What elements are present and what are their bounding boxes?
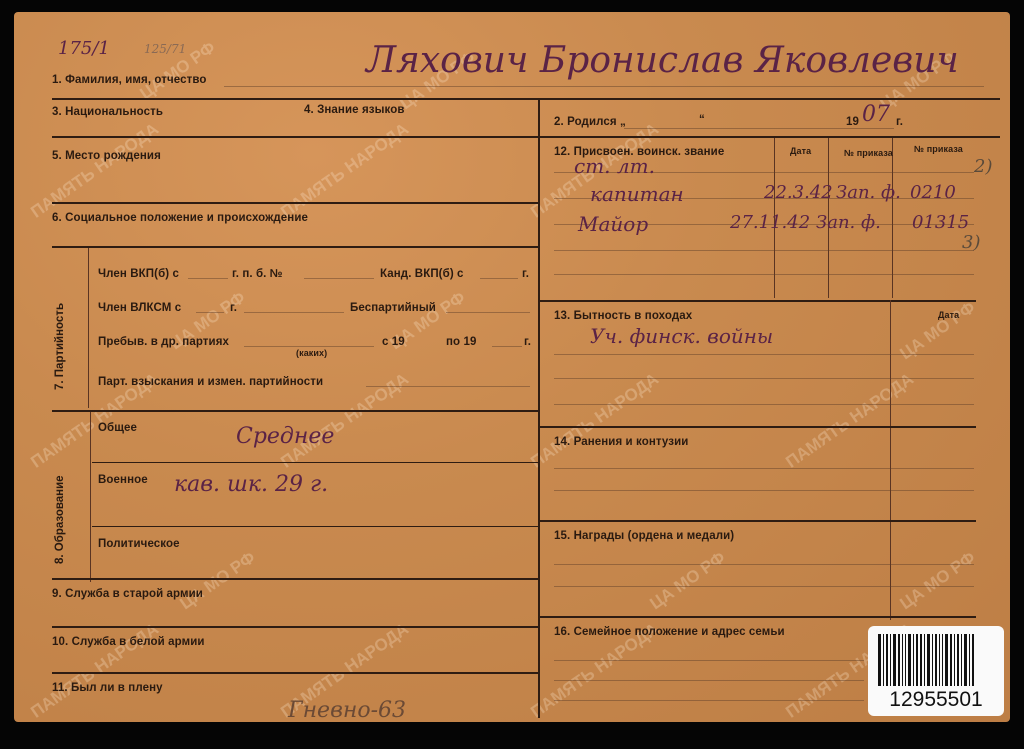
watermark: ЦА МО РФ <box>897 549 978 613</box>
party-row1-d: г. <box>522 268 529 280</box>
education-political-label: Политическое <box>98 538 180 550</box>
dotted-line <box>446 312 530 313</box>
rule <box>554 404 974 405</box>
field-born-label: 2. Родился „ <box>554 116 626 128</box>
divider <box>92 526 538 527</box>
rule <box>554 700 864 701</box>
education-section-label: 8. Образование <box>54 475 66 564</box>
corner-mark: 125/71 <box>144 42 186 56</box>
party-section-label: 7. Партийность <box>54 303 66 390</box>
field-family-label: 16. Семейное положение и адрес семьи <box>554 626 785 638</box>
dotted-line <box>304 278 374 279</box>
watermark: ЦА МО РФ <box>647 549 728 613</box>
field-birthplace-label: 5. Место рождения <box>52 150 161 162</box>
field-white-army-label: 10. Служба в белой армии <box>52 636 205 648</box>
watermark: ЦА МО РФ <box>897 299 978 363</box>
party-row2-a: Член ВЛКСМ с <box>98 302 181 314</box>
col-date-header: Дата <box>790 146 811 156</box>
dotted-line <box>480 278 518 279</box>
field-social-label: 6. Социальное положение и происхождение <box>52 212 308 224</box>
watermark: ПАМЯТЬ НАРОДА <box>528 370 662 471</box>
dotted-line <box>366 386 530 387</box>
rule <box>554 250 974 251</box>
divider <box>52 672 538 674</box>
rule <box>554 660 864 661</box>
col-divider <box>890 300 891 620</box>
barcode-icon <box>878 634 994 686</box>
campaigns-date-header: Дата <box>938 310 959 320</box>
party-row2-b: г. <box>230 302 237 314</box>
party-row4-a: Парт. взыскания и измен. партийности <box>98 376 323 388</box>
divider <box>52 626 538 628</box>
field-name-label: 1. Фамилия, имя, отчество <box>52 74 207 86</box>
rule <box>554 680 864 681</box>
rule <box>554 586 974 587</box>
watermark: ЦА МО РФ <box>177 549 258 613</box>
rule <box>554 274 974 275</box>
field-campaigns-label: 13. Бытность в походах <box>554 310 692 322</box>
born-day-quote: “ <box>699 114 705 126</box>
divider <box>52 202 538 204</box>
col-order-header: № приказа <box>844 148 893 158</box>
education-military-value: кав. шк. 29 г. <box>174 472 328 497</box>
section-divider <box>88 248 89 408</box>
dotted-line <box>244 346 374 347</box>
field-wounds-label: 14. Ранения и контузии <box>554 436 688 448</box>
party-row3-a: Пребыв. в др. партиях <box>98 336 229 348</box>
rank-row-2-date: 22.3.42 <box>764 182 833 203</box>
divider <box>540 426 976 428</box>
divider <box>540 520 976 522</box>
rule <box>554 490 974 491</box>
col-order-no-header: № приказа <box>914 144 963 154</box>
field-awards-label: 15. Награды (ордена и медали) <box>554 530 734 542</box>
party-row3-d: г. <box>524 336 531 348</box>
divider <box>52 246 538 248</box>
party-row1-a: Член ВКП(б) с <box>98 268 179 280</box>
dotted-line <box>224 86 984 87</box>
rank-row-3-order-no: 01315 <box>912 212 969 233</box>
dotted-line <box>492 346 522 347</box>
rule <box>554 564 974 565</box>
field-nationality-label: 3. Национальность <box>52 106 163 118</box>
born-year-prefix: 19 <box>846 116 859 128</box>
section-divider <box>90 412 91 582</box>
education-general-value: Среднее <box>236 424 334 449</box>
rank-row-2-order: Зап. ф. <box>836 182 901 203</box>
divider <box>92 462 538 463</box>
rank-row-1: ст. лт. <box>574 154 655 178</box>
party-row3-b: с 19 <box>382 336 405 348</box>
born-year-value: 07 <box>862 102 890 127</box>
field-old-army-label: 9. Служба в старой армии <box>52 588 203 600</box>
barcode-label: 12955501 <box>868 626 1004 716</box>
rank-row-3-order: Зап. ф. <box>816 212 881 233</box>
divider <box>52 98 1000 100</box>
dotted-line <box>624 128 894 129</box>
divider <box>540 300 976 302</box>
rule <box>554 468 974 469</box>
campaigns-value: Уч. финск. войны <box>590 324 773 348</box>
party-row2-c: Беспартийный <box>350 302 436 314</box>
margin-note: 2) <box>974 156 992 177</box>
rank-row-3-date: 27.11.42 <box>730 212 810 233</box>
party-row1-b: г. п. б. № <box>232 268 283 280</box>
field-name-value: Ляхович Бронислав Яковлевич <box>366 40 959 81</box>
watermark: ПАМЯТЬ НАРОДА <box>783 370 917 471</box>
corner-mark: 175/1 <box>58 38 110 59</box>
divider <box>52 410 538 412</box>
record-card: ЦА МО РФ ЦА МО РФ ЦА МО РФ ПАМЯТЬ НАРОДА… <box>14 12 1010 722</box>
education-general-label: Общее <box>98 422 137 434</box>
column-divider <box>538 98 540 718</box>
dotted-line <box>188 278 228 279</box>
rule <box>554 354 974 355</box>
rank-row-3: Майор <box>578 212 648 236</box>
rank-row-2: капитан <box>590 182 684 206</box>
divider <box>52 136 1000 138</box>
rank-row-2-order-no: 0210 <box>910 182 956 203</box>
party-row3-sub: (каких) <box>296 348 327 358</box>
rule <box>554 378 974 379</box>
born-year-suffix: г. <box>896 116 903 128</box>
field-languages-label: 4. Знание языков <box>304 104 404 116</box>
divider <box>540 616 976 618</box>
divider <box>52 578 538 580</box>
field-captivity-label: 11. Был ли в плену <box>52 682 163 694</box>
party-row1-c: Канд. ВКП(б) с <box>380 268 464 280</box>
education-military-label: Военное <box>98 474 148 486</box>
bottom-note: Гневно-63 <box>288 698 406 722</box>
dotted-line <box>196 312 224 313</box>
dotted-line <box>244 312 344 313</box>
margin-note: 3) <box>962 232 980 253</box>
party-row3-c: по 19 <box>446 336 476 348</box>
barcode-number: 12955501 <box>868 688 1004 712</box>
